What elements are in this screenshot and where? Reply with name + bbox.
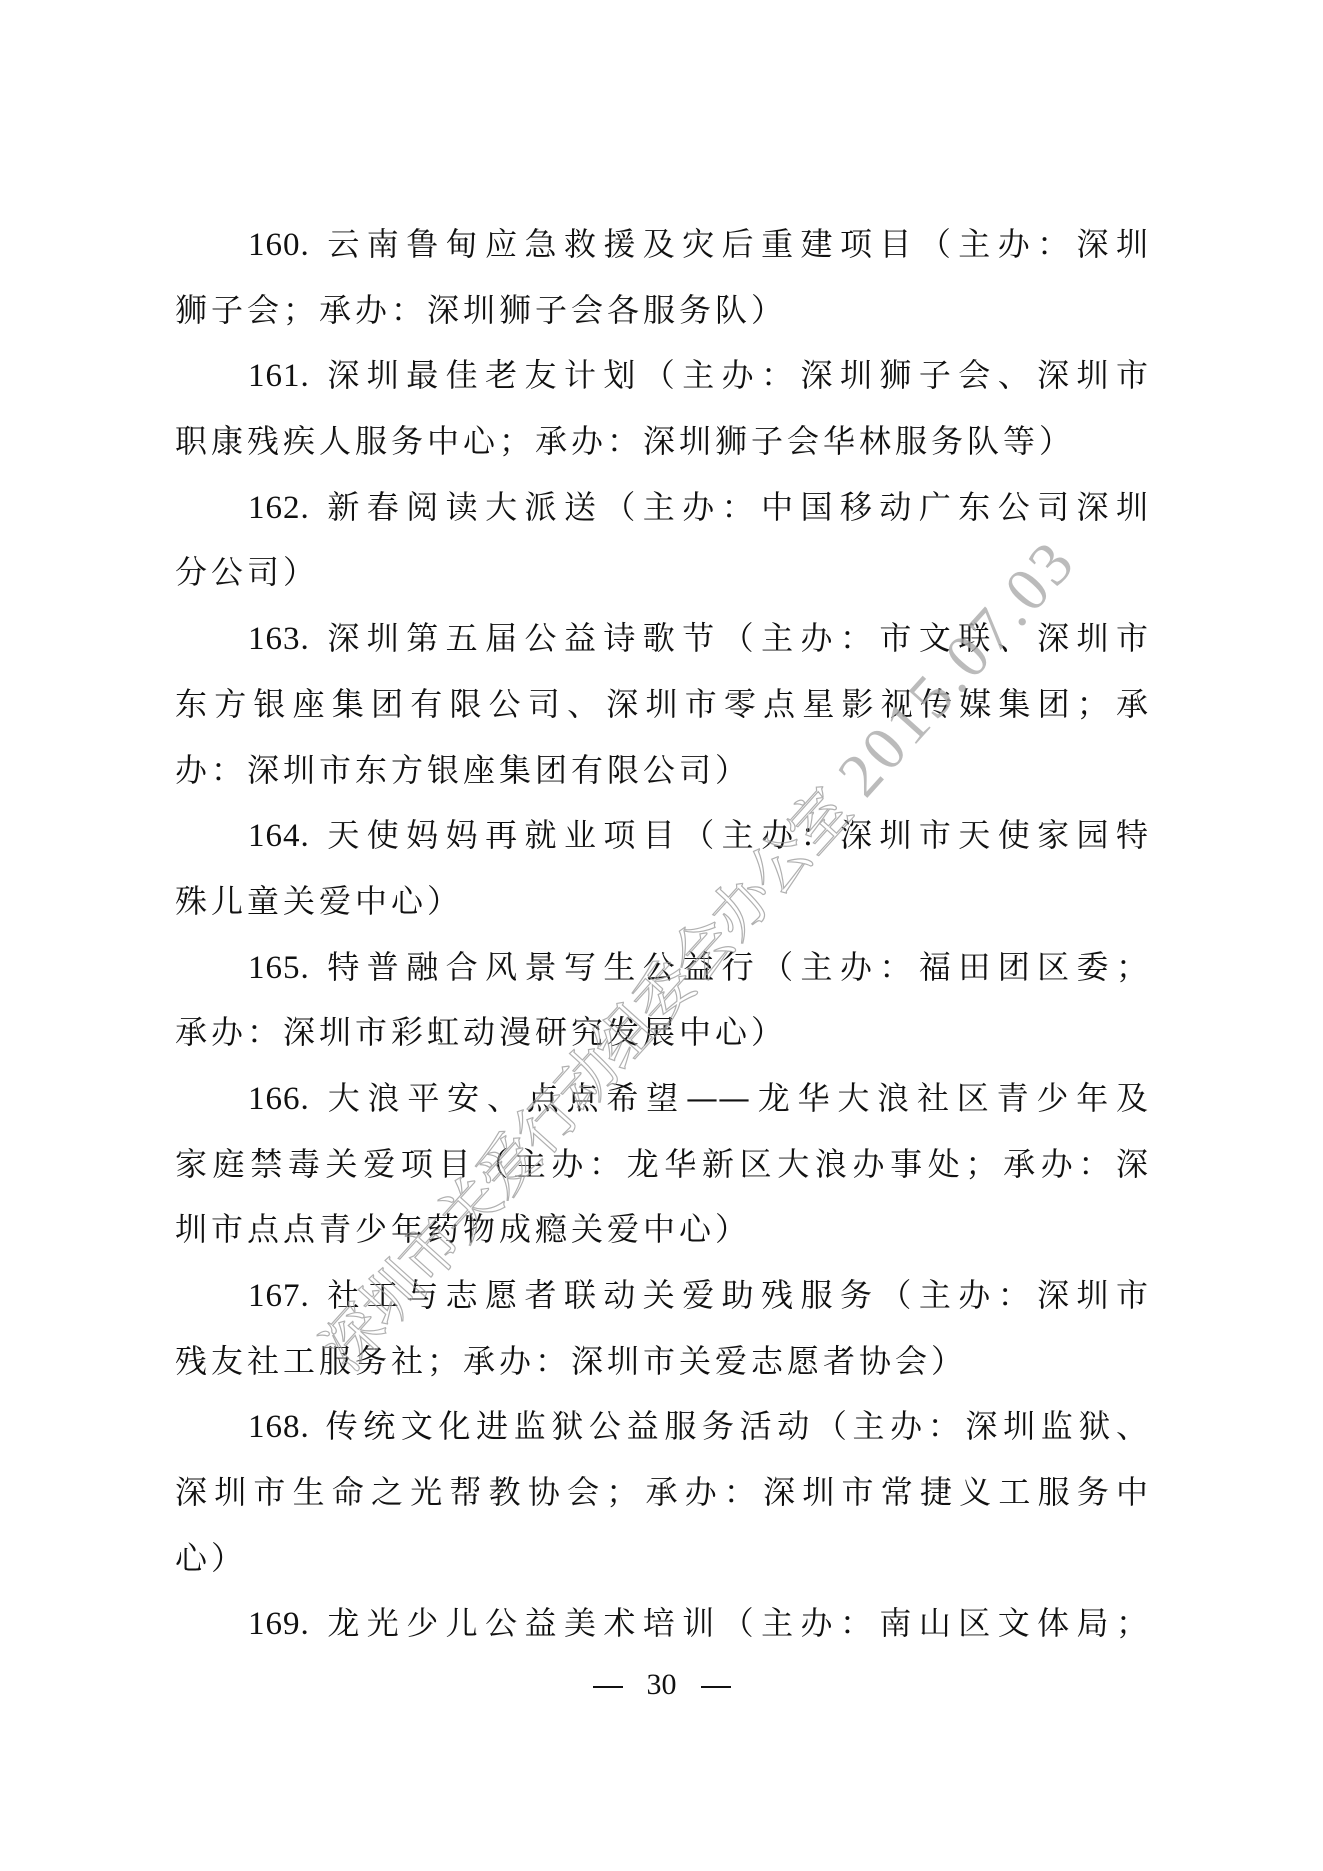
item-number: 164. xyxy=(248,818,310,854)
item-text: 传统文化进监狱公益服务活动（主办：深圳监狱、 xyxy=(326,1407,1148,1445)
item-169-line-1: 169. 龙光少儿公益美术培训（主办：南山区文体局； xyxy=(175,1591,1148,1657)
item-168-line-2: 深圳市生命之光帮教协会；承办：深圳市常捷义工服务中 xyxy=(175,1460,1148,1526)
item-text: 东方银座集团有限公司、深圳市零点星影视传媒集团；承 xyxy=(175,685,1148,723)
item-text: 深圳第五届公益诗歌节（主办：市文联、深圳市 xyxy=(327,619,1148,657)
document-page: 160. 云南鲁甸应急救援及灾后重建项目（主办：深圳 狮子会；承办：深圳狮子会各… xyxy=(0,0,1323,1871)
item-166-line-3: 圳市点点青少年药物成瘾关爱中心） xyxy=(175,1197,1148,1263)
item-168-line-1: 168. 传统文化进监狱公益服务活动（主办：深圳监狱、 xyxy=(175,1394,1148,1460)
item-163-line-3: 办：深圳市东方银座集团有限公司） xyxy=(175,738,1148,804)
item-161-line-1: 161. 深圳最佳老友计划（主办：深圳狮子会、深圳市 xyxy=(175,343,1148,409)
item-160-line-1: 160. 云南鲁甸应急救援及灾后重建项目（主办：深圳 xyxy=(175,212,1148,278)
page-number-dash-left xyxy=(593,1686,623,1688)
item-text: 深圳最佳老友计划（主办：深圳狮子会、深圳市 xyxy=(327,356,1148,394)
item-166-line-2: 家庭禁毒关爱项目（主办：龙华新区大浪办事处；承办：深 xyxy=(175,1132,1148,1198)
item-text: 职康残疾人服务中心；承办：深圳狮子会华林服务队等） xyxy=(175,422,1075,460)
item-165-line-2: 承办：深圳市彩虹动漫研究发展中心） xyxy=(175,1000,1148,1066)
page-number: 30 xyxy=(647,1668,677,1701)
item-text: 特普融合风景写生公益行（主办：福田团区委； xyxy=(327,948,1148,986)
item-number: 162. xyxy=(248,490,310,526)
item-number: 168. xyxy=(248,1409,310,1445)
item-162-line-2: 分公司） xyxy=(175,540,1148,606)
item-text: 深圳市生命之光帮教协会；承办：深圳市常捷义工服务中 xyxy=(175,1473,1148,1511)
document-body: 160. 云南鲁甸应急救援及灾后重建项目（主办：深圳 狮子会；承办：深圳狮子会各… xyxy=(175,212,1148,1657)
item-164-line-1: 164. 天使妈妈再就业项目（主办：深圳市天使家园特 xyxy=(175,803,1148,869)
item-text: 办：深圳市东方银座集团有限公司） xyxy=(175,751,751,789)
item-167-line-2: 残友社工服务社；承办：深圳市关爱志愿者协会） xyxy=(175,1329,1148,1395)
item-text: 大浪平安、点点希望——龙华大浪社区青少年及 xyxy=(328,1079,1148,1117)
page-footer: 30 xyxy=(0,1665,1323,1705)
item-165-line-1: 165. 特普融合风景写生公益行（主办：福田团区委； xyxy=(175,935,1148,1001)
item-168-line-3: 心） xyxy=(175,1526,1148,1592)
item-text: 残友社工服务社；承办：深圳市关爱志愿者协会） xyxy=(175,1342,967,1380)
item-text: 天使妈妈再就业项目（主办：深圳市天使家园特 xyxy=(327,816,1148,854)
item-number: 160. xyxy=(248,227,310,263)
page-number-dash-right xyxy=(701,1686,731,1688)
item-163-line-1: 163. 深圳第五届公益诗歌节（主办：市文联、深圳市 xyxy=(175,606,1148,672)
item-161-line-2: 职康残疾人服务中心；承办：深圳狮子会华林服务队等） xyxy=(175,409,1148,475)
item-number: 161. xyxy=(248,358,310,394)
item-text: 狮子会；承办：深圳狮子会各服务队） xyxy=(175,291,787,329)
item-text: 圳市点点青少年药物成瘾关爱中心） xyxy=(175,1210,751,1248)
item-166-line-1: 166. 大浪平安、点点希望——龙华大浪社区青少年及 xyxy=(175,1066,1148,1132)
item-163-line-2: 东方银座集团有限公司、深圳市零点星影视传媒集团；承 xyxy=(175,672,1148,738)
item-text: 分公司） xyxy=(175,553,319,591)
item-text: 社工与志愿者联动关爱助残服务（主办：深圳市 xyxy=(327,1276,1148,1314)
item-167-line-1: 167. 社工与志愿者联动关爱助残服务（主办：深圳市 xyxy=(175,1263,1148,1329)
item-number: 165. xyxy=(248,950,310,986)
item-text: 承办：深圳市彩虹动漫研究发展中心） xyxy=(175,1013,787,1051)
item-text: 殊儿童关爱中心） xyxy=(175,882,463,920)
item-number: 166. xyxy=(248,1081,310,1117)
item-164-line-2: 殊儿童关爱中心） xyxy=(175,869,1148,935)
item-text: 云南鲁甸应急救援及灾后重建项目（主办：深圳 xyxy=(327,225,1148,263)
item-number: 163. xyxy=(248,621,310,657)
item-text: 新春阅读大派送（主办：中国移动广东公司深圳 xyxy=(327,488,1148,526)
item-162-line-1: 162. 新春阅读大派送（主办：中国移动广东公司深圳 xyxy=(175,475,1148,541)
item-text: 心） xyxy=(175,1539,247,1577)
item-text: 龙光少儿公益美术培训（主办：南山区文体局； xyxy=(327,1604,1148,1642)
item-number: 167. xyxy=(248,1278,310,1314)
item-text: 家庭禁毒关爱项目（主办：龙华新区大浪办事处；承办：深 xyxy=(175,1145,1148,1183)
item-number: 169. xyxy=(248,1606,310,1642)
item-160-line-2: 狮子会；承办：深圳狮子会各服务队） xyxy=(175,278,1148,344)
